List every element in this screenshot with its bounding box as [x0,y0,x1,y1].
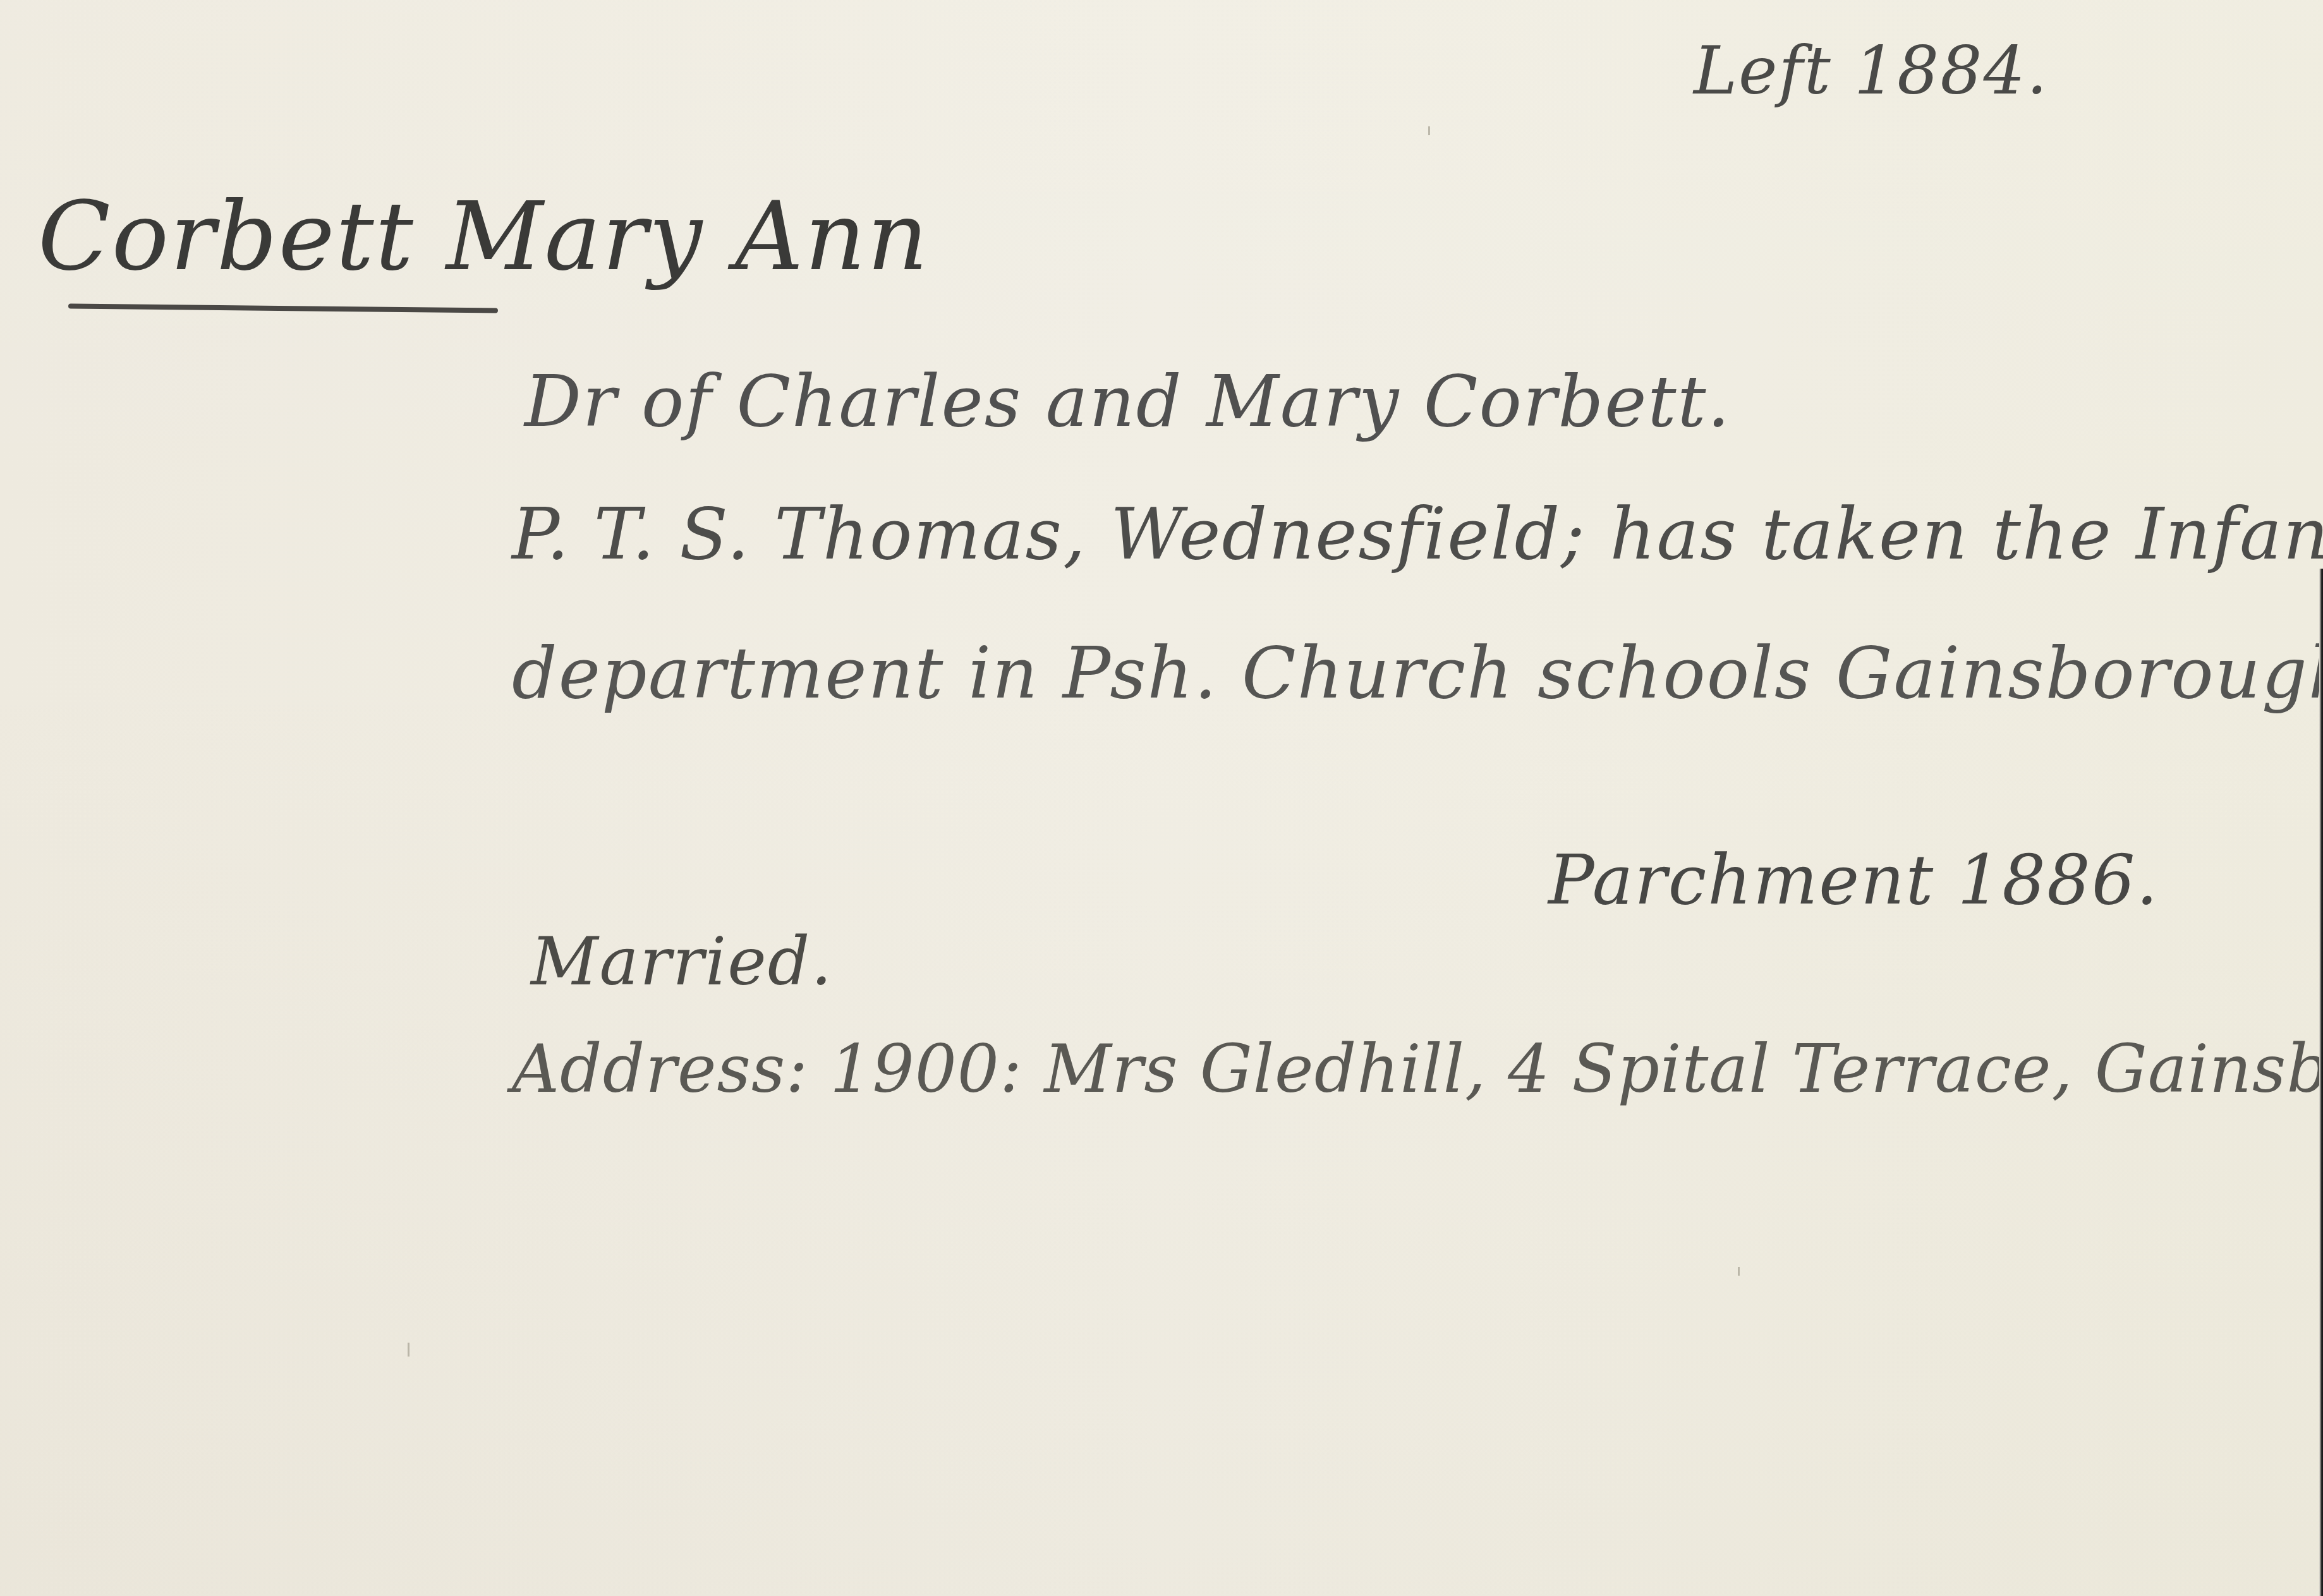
teaching-line-2: department in Psh. Church schools Gainsb… [512,638,2323,709]
entry-name-heading: Corbett Mary Ann [38,190,930,284]
paper-speck [1738,1267,1740,1276]
left-date-note: Left 1884. [1694,38,2049,104]
name-underline [68,303,498,313]
parchment-note: Parchment 1886. [1548,847,2159,915]
paper-speck [408,1343,409,1357]
paper-speck [1428,126,1430,135]
teaching-line-1: P. T. S. Thomas, Wednesfield; has taken … [512,499,2323,570]
parentage-line: Dr of Charles and Mary Corbett. [525,366,1731,437]
address-line: Address: 1900: Mrs Gledhill, 4 Spital Te… [512,1036,2323,1102]
document-page: Left 1884. Corbett Mary Ann Dr of Charle… [0,0,2323,1596]
page-edge-shadow [2319,569,2323,1596]
marital-status: Married. [531,929,833,994]
